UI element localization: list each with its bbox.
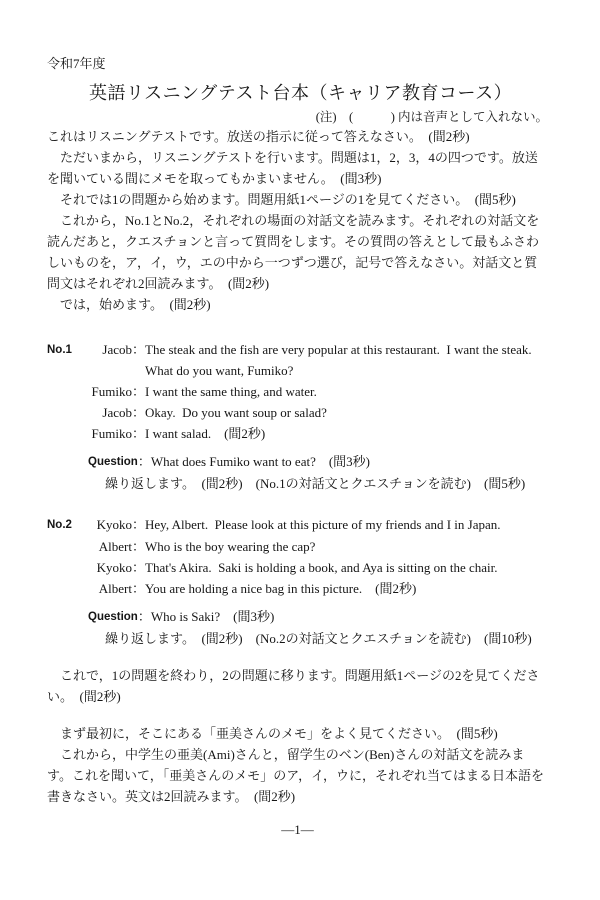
intro-paragraph-1: これはリスニングテストです。放送の指示に従って答えなさい。 (間2秒)	[47, 126, 548, 147]
transition-paragraph: これで，1の問題を終わり，2の問題に移ります。問題用紙1ページの2を見てください…	[47, 665, 548, 707]
question-text: What does Fumiko want to eat? (間3秒)	[151, 451, 548, 472]
colon-separator: ：	[138, 451, 151, 472]
dialogue-text: Who is the boy wearing the cap?	[145, 536, 548, 557]
dialogue-no1: No.1 Jacob ： The steak and the fish are …	[47, 339, 548, 494]
dialogue-line: Albert ： Who is the boy wearing the cap?	[47, 536, 548, 557]
repeat-instruction: 繰り返します。 (間2秒) (No.1の対話文とクエスチョンを読む) (間5秒)	[47, 473, 548, 494]
colon-separator: ：	[132, 339, 145, 360]
dialogue-text: I want salad. (間2秒)	[145, 423, 548, 444]
intro-paragraph-5: では，始めます。 (間2秒)	[47, 294, 548, 315]
part2-paragraph-2: これから，中学生の亜美(Ami)さんと，留学生のベン(Ben)さんの対話文を読み…	[47, 744, 548, 807]
dialogue-line: Kyoko ： That's Akira. Saki is holding a …	[47, 557, 548, 578]
question-label: Question	[88, 451, 138, 473]
dialogue-line: Albert ： You are holding a nice bag in t…	[47, 578, 548, 599]
colon-separator: ：	[132, 381, 145, 402]
colon-separator: ：	[138, 606, 151, 627]
question-line: Question ： Who is Saki? (間3秒)	[47, 606, 548, 628]
dialogue-text: Hey, Albert. Please look at this picture…	[145, 514, 548, 535]
speaker-name: Albert	[88, 578, 132, 599]
page-title: 英語リスニングテスト台本（キャリア教育コース）	[89, 80, 548, 106]
question-label: Question	[88, 606, 138, 628]
page-number: —1—	[47, 819, 548, 840]
intro-paragraph-2: ただいまから，リスニングテストを行います。問題は1，2，3，4の四つです。放送を…	[47, 147, 548, 189]
question-number-label: No.2	[47, 514, 88, 536]
speaker-name: Kyoko	[88, 514, 132, 535]
dialogue-text: That's Akira. Saki is holding a book, an…	[145, 557, 548, 578]
dialogue-line: No.2 Kyoko ： Hey, Albert. Please look at…	[47, 514, 548, 536]
speaker-name: Albert	[88, 536, 132, 557]
dialogue-no2: No.2 Kyoko ： Hey, Albert. Please look at…	[47, 514, 548, 649]
intro-paragraph-4: これから，No.1とNo.2，それぞれの場面の対話文を読みます。それぞれの対話文…	[47, 210, 548, 294]
dialogue-line: Fumiko ： I want salad. (間2秒)	[47, 423, 548, 444]
dialogue-line: Fumiko ： I want the same thing, and wate…	[47, 381, 548, 402]
dialogue-text: You are holding a nice bag in this pictu…	[145, 578, 548, 599]
part2-paragraph-1: まず最初に，そこにある「亜美さんのメモ」をよく見てください。 (間5秒)	[47, 723, 548, 744]
repeat-instruction: 繰り返します。 (間2秒) (No.2の対話文とクエスチョンを読む) (間10秒…	[47, 628, 548, 649]
speaker-name: Kyoko	[88, 557, 132, 578]
colon-separator: ：	[132, 536, 145, 557]
colon-separator: ：	[132, 578, 145, 599]
colon-separator: ：	[132, 423, 145, 444]
header-note: (注) ( ) 内は音声として入れない。	[47, 108, 548, 126]
question-line: Question ： What does Fumiko want to eat?…	[47, 451, 548, 473]
dialogue-text: I want the same thing, and water.	[145, 381, 548, 402]
speaker-name: Jacob	[88, 402, 132, 423]
colon-separator: ：	[132, 514, 145, 535]
colon-separator: ：	[132, 402, 145, 423]
question-text: Who is Saki? (間3秒)	[151, 606, 548, 627]
colon-separator: ：	[132, 557, 145, 578]
speaker-name: Jacob	[88, 339, 132, 360]
dialogue-line: No.1 Jacob ： The steak and the fish are …	[47, 339, 548, 381]
question-number-label: No.1	[47, 339, 88, 361]
speaker-name: Fumiko	[88, 423, 132, 444]
dialogue-line: Jacob ： Okay. Do you want soup or salad?	[47, 402, 548, 423]
dialogue-text: Okay. Do you want soup or salad?	[145, 402, 548, 423]
test-script-page: 令和7年度 英語リスニングテスト台本（キャリア教育コース） (注) ( ) 内は…	[0, 0, 600, 900]
dialogue-text: The steak and the fish are very popular …	[145, 339, 548, 381]
era-label: 令和7年度	[47, 53, 548, 74]
intro-paragraph-3: それでは1の問題から始めます。問題用紙1ページの1を見てください。 (間5秒)	[47, 189, 548, 210]
speaker-name: Fumiko	[88, 381, 132, 402]
